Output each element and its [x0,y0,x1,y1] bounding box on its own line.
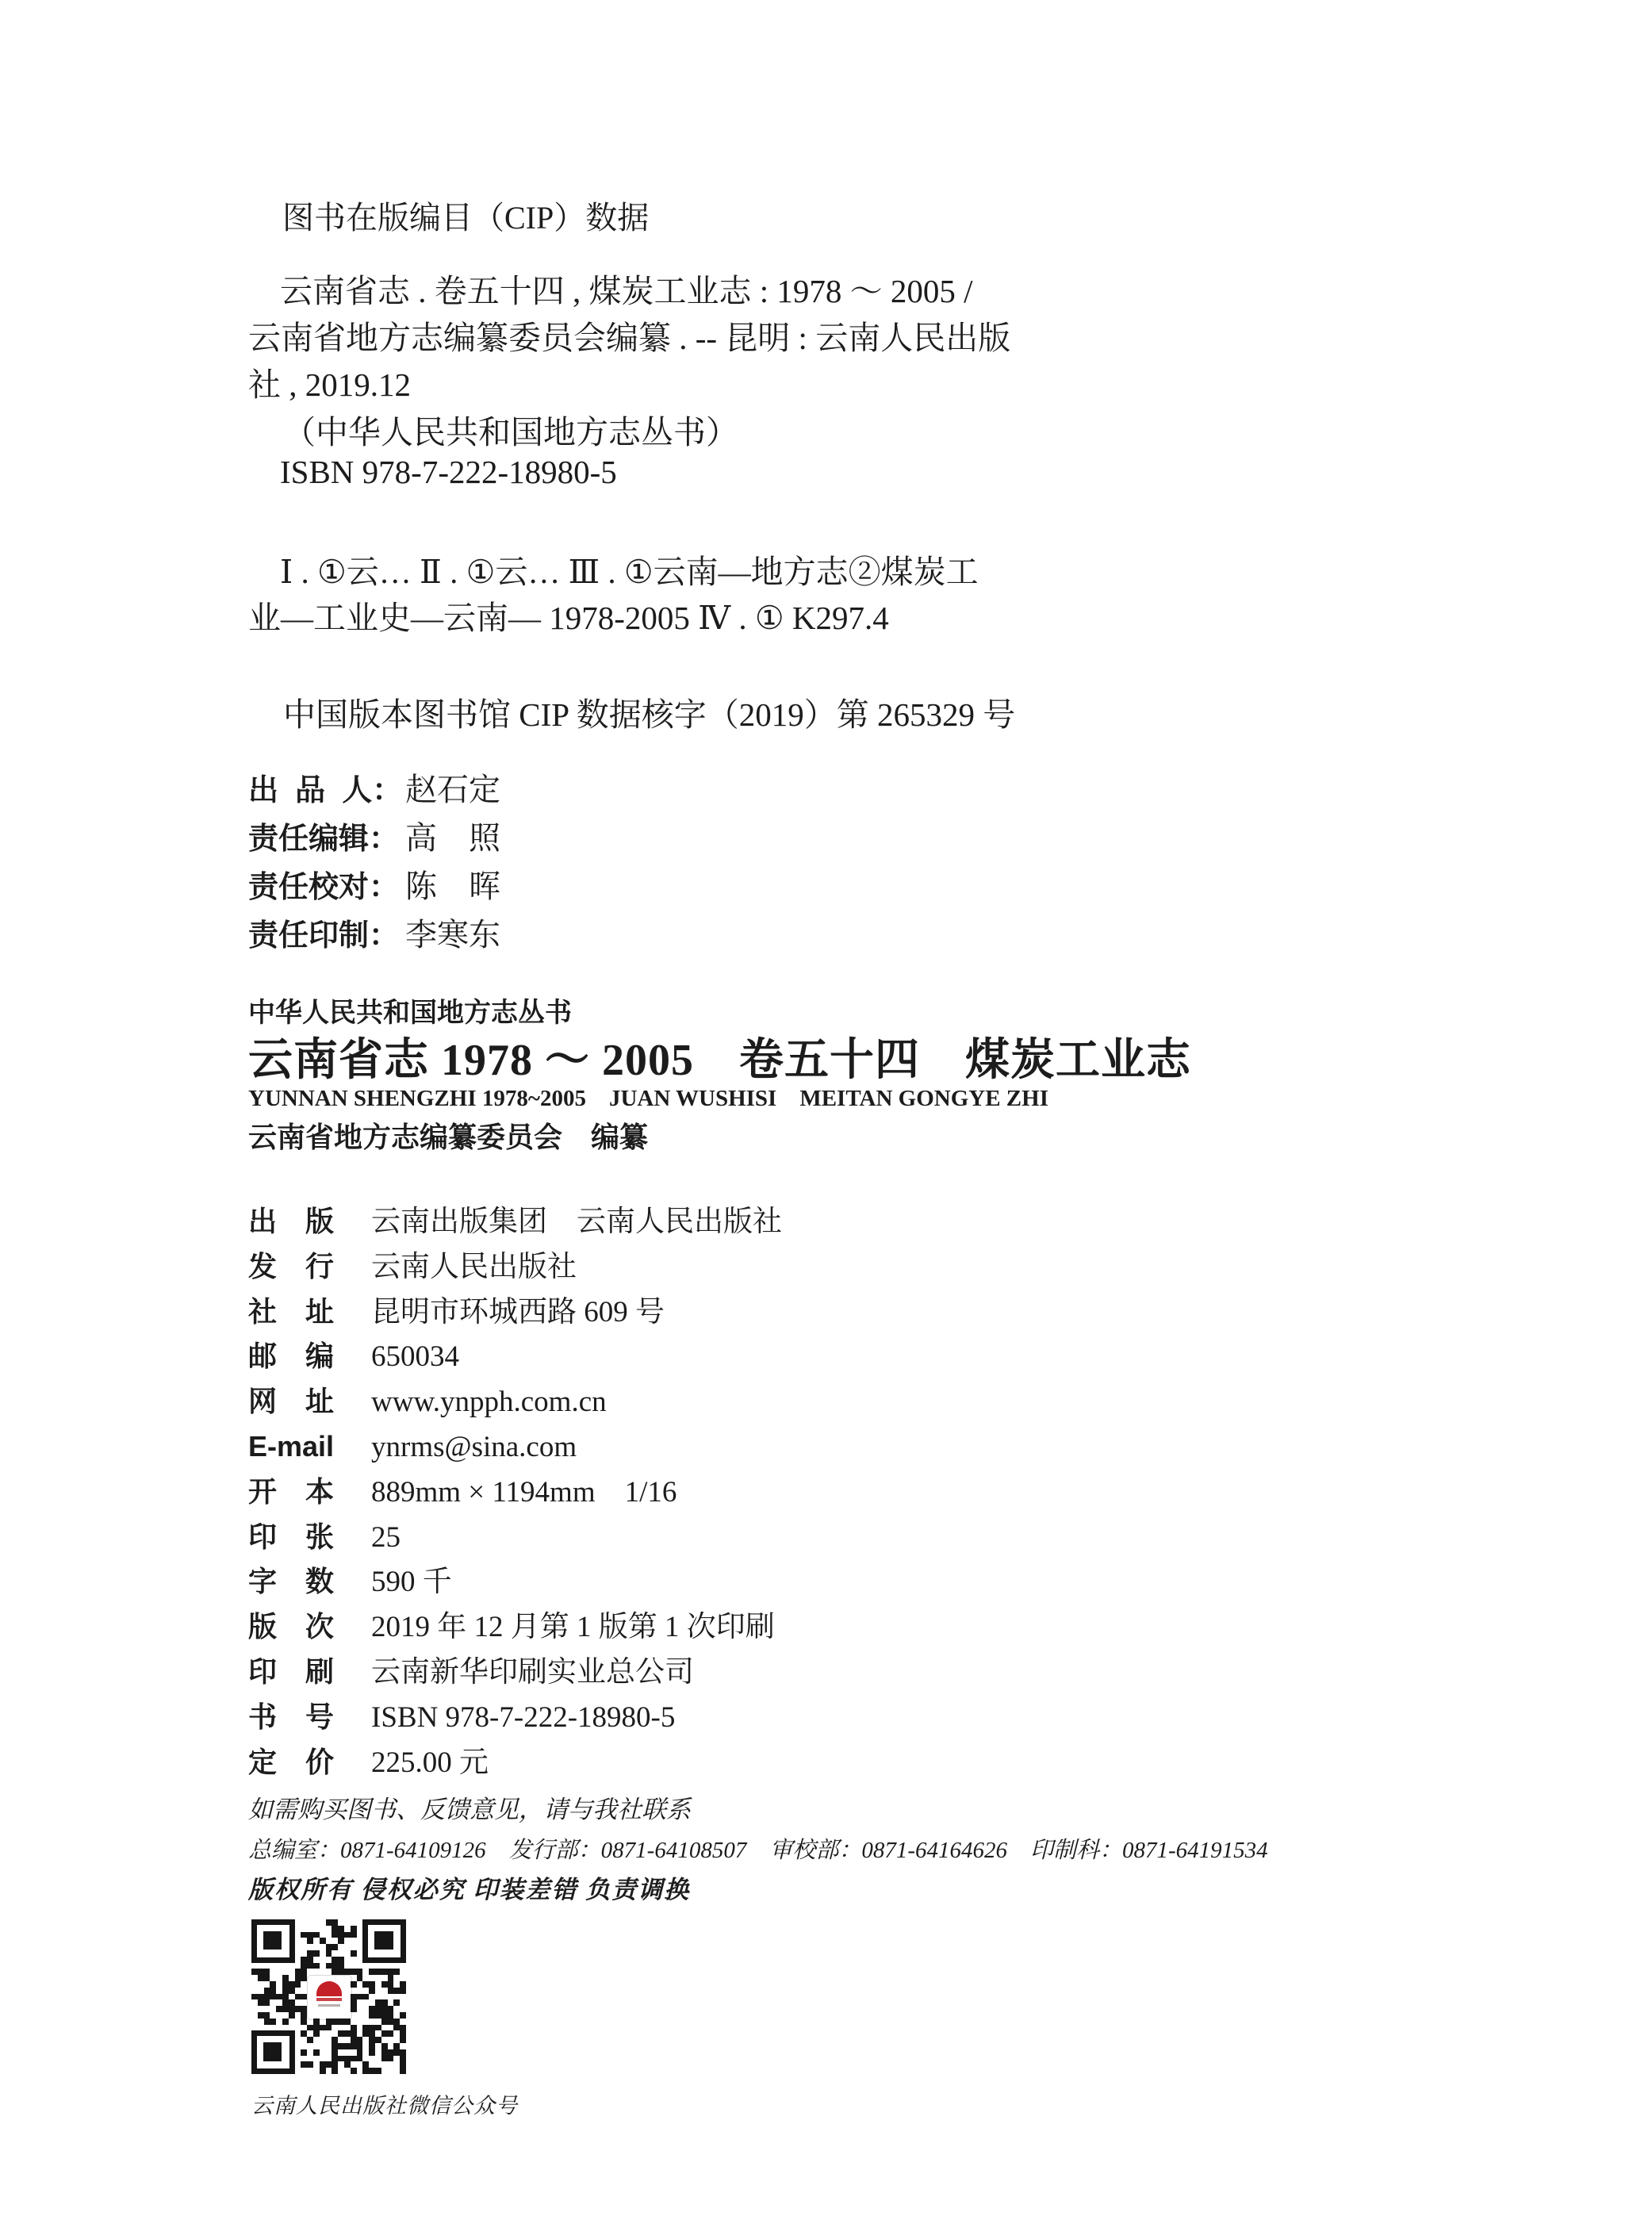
row-value: 云南人民出版社 [371,1251,577,1283]
table-row: 网 址www.ynpph.com.cn [248,1379,782,1424]
row-value: 889mm × 1194mm 1/16 [371,1476,677,1509]
row-label: 发 行 [248,1244,371,1289]
table-row: 邮 编650034 [248,1334,782,1379]
row-label: E-mail [248,1424,371,1469]
table-row: 书 号ISBN 978-7-222-18980-5 [248,1695,782,1740]
table-row: 印 刷云南新华印刷实业总公司 [248,1650,782,1695]
copyright-page: 图书在版编目（CIP）数据 云南省志 . 卷五十四 , 煤炭工业志 : 1978… [0,0,1652,2239]
book-title-pinyin: YUNNAN SHENGZHI 1978~2005 JUAN WUSHISI M… [248,1080,1048,1113]
series-title: 中华人民共和国地方志丛书 [248,991,572,1029]
row-label: 版 次 [248,1604,371,1649]
cip-classification: Ⅰ . ①云… Ⅱ . ①云… Ⅲ . ①云南—地方志②煤炭工 业—工业史—云南… [248,549,979,641]
staff-label: 责任校对： [248,865,405,911]
staff-row-producer: 出 品 人：赵石定 [248,766,500,815]
classification-line1: Ⅰ . ①云… Ⅱ . ①云… Ⅲ . ①云南—地方志②煤炭工 [248,549,979,595]
cip-description-line2: 云南省地方志编纂委员会编纂 . -- 昆明 : 云南人民出版 [248,315,1010,362]
cip-record-number: 中国版本图书馆 CIP 数据核字（2019）第 265329 号 [248,688,1015,735]
classification-line2: 业—工业史—云南— 1978-2005 Ⅳ . ① K297.4 [248,595,979,641]
row-label: 网 址 [248,1379,371,1424]
staff-label: 责任印制： [248,913,405,960]
row-value: ISBN 978-7-222-18980-5 [371,1701,675,1734]
staff-row-editor: 责任编辑：高 照 [248,815,500,863]
row-label: 邮 编 [248,1334,371,1378]
staff-row-print-supervisor: 责任印制：李寒东 [248,911,500,960]
publisher-logo-dome-icon [316,1981,342,1996]
staff-value: 高 照 [405,820,500,856]
compiler-line: 云南省地方志编纂委员会 编纂 [248,1115,648,1156]
row-label: 印 张 [248,1515,371,1559]
row-label: 书 号 [248,1695,371,1739]
table-row: 社 址昆明市环城西路 609 号 [248,1290,782,1335]
staff-value: 陈 晖 [405,868,500,904]
wechat-qr-code [251,1919,406,2074]
cip-heading: 图书在版编目（CIP）数据 [282,193,649,238]
publisher-logo-line [316,1998,342,2001]
cip-description-line1: 云南省志 . 卷五十四 , 煤炭工业志 : 1978 ～ 2005 / [248,268,1010,315]
purchase-note: 如需购买图书、反馈意见，请与我社联系 [248,1789,691,1825]
row-label: 出 版 [248,1199,371,1244]
qr-caption: 云南人民出版社微信公众号 [251,2088,518,2119]
publishing-info-table: 出 版云南出版集团 云南人民出版社 发 行云南人民出版社 社 址昆明市环城西路 … [248,1199,782,1785]
row-label: 定 价 [248,1740,371,1785]
series-note: （中华人民共和国地方志丛书） [248,406,738,453]
table-row: 版 次2019 年 12 月第 1 版第 1 次印刷 [248,1604,782,1650]
table-row: 定 价225.00 元 [248,1740,782,1785]
row-label: 开 本 [248,1470,371,1514]
table-row: 出 版云南出版集团 云南人民出版社 [248,1199,782,1244]
book-title: 云南省志 1978 ～ 2005 卷五十四 煤炭工业志 [248,1025,1191,1088]
row-value: 225.00 元 [371,1746,489,1779]
row-value: ynrms@sina.com [371,1431,577,1463]
staff-value: 赵石定 [405,772,500,807]
publisher-logo-text-line [318,2004,340,2007]
staff-row-proofreader: 责任校对：陈 晖 [248,863,500,911]
table-row: 开 本889mm × 1194mm 1/16 [248,1470,782,1515]
row-value: 2019 年 12 月第 1 版第 1 次印刷 [371,1611,775,1643]
table-row: E-mailynrms@sina.com [248,1424,782,1470]
row-value: 云南出版集团 云南人民出版社 [371,1206,782,1238]
publisher-logo [307,1975,352,2020]
staff-value: 李寒东 [405,917,500,953]
table-row: 字 数590 千 [248,1559,782,1604]
row-value: 云南新华印刷实业总公司 [371,1656,694,1689]
staff-label: 出 品 人： [248,768,405,815]
isbn-line: ISBN 978-7-222-18980-5 [248,453,617,491]
staff-credits: 出 品 人：赵石定 责任编辑：高 照 责任校对：陈 晖 责任印制：李寒东 [248,766,500,960]
copyright-notice: 版权所有 侵权必究 印装差错 负责调换 [248,1869,690,1905]
cip-description: 云南省志 . 卷五十四 , 煤炭工业志 : 1978 ～ 2005 / 云南省地… [248,268,1010,408]
row-value: 25 [371,1521,401,1554]
row-label: 字 数 [248,1559,371,1604]
row-value: 昆明市环城西路 609 号 [371,1296,665,1328]
row-label: 社 址 [248,1290,371,1334]
table-row: 发 行云南人民出版社 [248,1244,782,1290]
row-label: 印 刷 [248,1650,371,1694]
cip-description-line3: 社 , 2019.12 [248,362,1010,408]
contact-phone-line: 总编室：0871-64109126 发行部：0871-64108507 审校部：… [248,1832,1268,1865]
row-value: www.ynpph.com.cn [371,1386,607,1418]
row-value: 590 千 [371,1566,452,1598]
staff-label: 责任编辑： [248,816,405,863]
row-value: 650034 [371,1340,459,1373]
table-row: 印 张25 [248,1515,782,1560]
